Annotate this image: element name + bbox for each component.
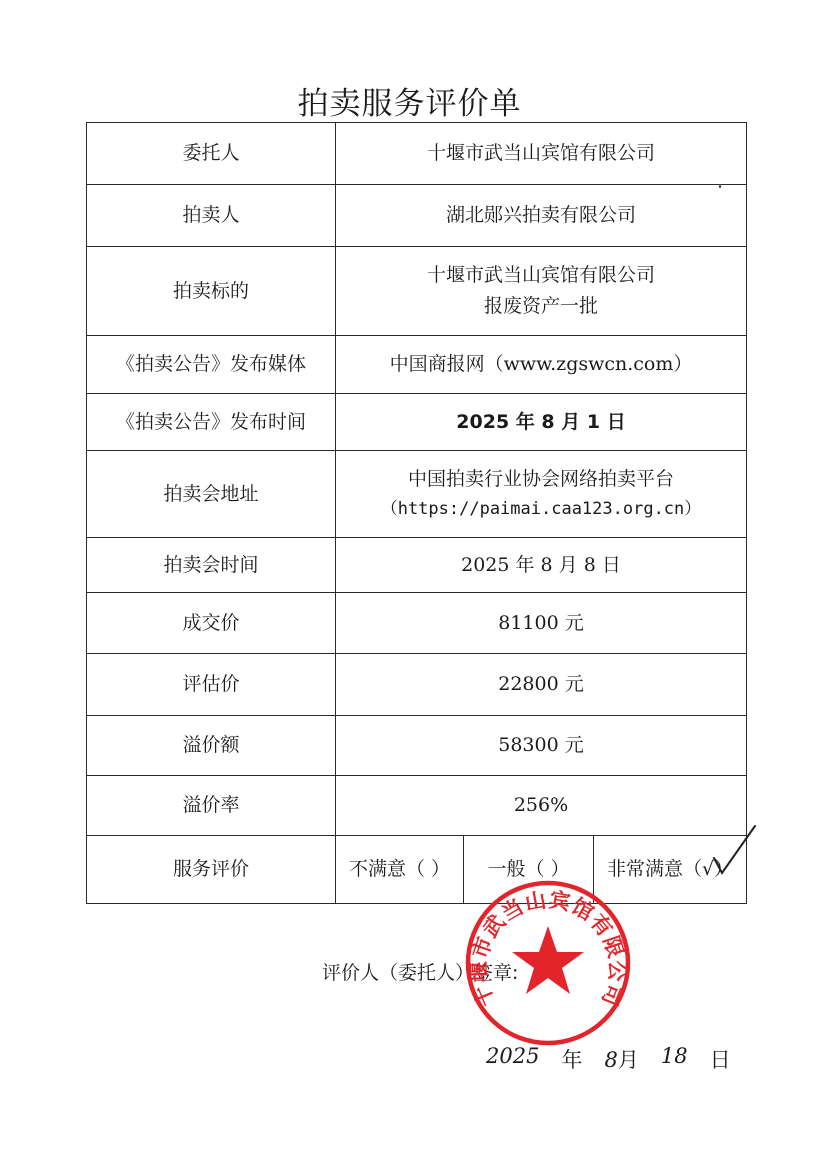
row-value-line: 报废资产一批 [336,295,746,318]
row-value: 81100 元 [336,593,747,654]
table-row-entrustor: 委托人 十堰市武当山宾馆有限公司 [87,123,747,185]
date-year: 2025 [486,1044,539,1074]
row-label: 《拍卖公告》发布时间 [87,394,336,451]
table-row-service-rating: 服务评价 不满意（ ） 一般（ ） 非常满意（√） [87,836,747,904]
date-day: 18 [661,1044,688,1074]
date-month: 8 [604,1048,617,1072]
table-row-appraised-price: 评估价 22800 元 [87,654,747,716]
table-row-auction-date: 拍卖会时间 2025 年 8 月 8 日 [87,538,747,593]
signed-date: 2025 年 8月 18 日 [486,1044,731,1074]
row-value-line: 中国拍卖行业协会网络拍卖平台 [336,468,746,491]
row-label: 溢价额 [87,716,336,776]
row-label: 拍卖会时间 [87,538,336,593]
date-day-suffix: 日 [710,1044,731,1074]
row-value: 2025 年 8 月 1 日 [336,394,747,451]
signature-label: 评价人（委托人）签章: [322,958,518,985]
table-row-auctioneer: 拍卖人 湖北郧兴拍卖有限公司 [87,185,747,247]
row-value: 2025 年 8 月 8 日 [336,538,747,593]
row-value: 十堰市武当山宾馆有限公司 [336,123,747,185]
row-label: 溢价率 [87,776,336,836]
row-label: 委托人 [87,123,336,185]
table-row-announcement-media: 《拍卖公告》发布媒体 中国商报网（www.zgswcn.com） [87,336,747,394]
row-value-line: 十堰市武当山宾馆有限公司 [336,264,746,287]
row-value: 中国拍卖行业协会网络拍卖平台 （https://paimai.caa123.or… [336,451,747,538]
row-value: 256% [336,776,747,836]
rating-option-dissatisfied[interactable]: 不满意（ ） [336,836,464,903]
row-label: 评估价 [87,654,336,716]
row-value: 58300 元 [336,716,747,776]
table-row-premium-rate: 溢价率 256% [87,776,747,836]
table-row-announcement-date: 《拍卖公告》发布时间 2025 年 8 月 1 日 [87,394,747,451]
row-value: 中国商报网（www.zgswcn.com） [336,336,747,394]
table-row-auction-subject: 拍卖标的 十堰市武当山宾馆有限公司 报废资产一批 [87,247,747,336]
svg-text:十堰市武当山宾馆有限公司: 十堰市武当山宾馆有限公司 [467,888,630,1010]
row-label: 拍卖人 [87,185,336,247]
row-value-line: （https://paimai.caa123.org.cn） [336,499,746,519]
table-row-premium-amount: 溢价额 58300 元 [87,716,747,776]
row-value: 十堰市武当山宾馆有限公司 报废资产一批 [336,247,747,336]
evaluation-table: 委托人 十堰市武当山宾馆有限公司 拍卖人 湖北郧兴拍卖有限公司 拍卖标的 十堰市… [86,122,747,904]
scan-mark [719,184,721,188]
row-value: 湖北郧兴拍卖有限公司 [336,185,747,247]
row-label: 《拍卖公告》发布媒体 [87,336,336,394]
page-title: 拍卖服务评价单 [0,78,819,123]
row-label: 服务评价 [87,836,336,904]
rating-option-very-satisfied[interactable]: 非常满意（√） [594,836,746,903]
table-row-auction-address: 拍卖会地址 中国拍卖行业协会网络拍卖平台 （https://paimai.caa… [87,451,747,538]
row-label: 拍卖标的 [87,247,336,336]
date-year-suffix: 年 [561,1044,582,1074]
row-value: 22800 元 [336,654,747,716]
rating-option-average[interactable]: 一般（ ） [464,836,594,903]
row-label: 成交价 [87,593,336,654]
table-row-final-price: 成交价 81100 元 [87,593,747,654]
row-label: 拍卖会地址 [87,451,336,538]
date-month-suffix: 月 [618,1048,639,1072]
rating-options: 不满意（ ） 一般（ ） 非常满意（√） [336,836,747,904]
